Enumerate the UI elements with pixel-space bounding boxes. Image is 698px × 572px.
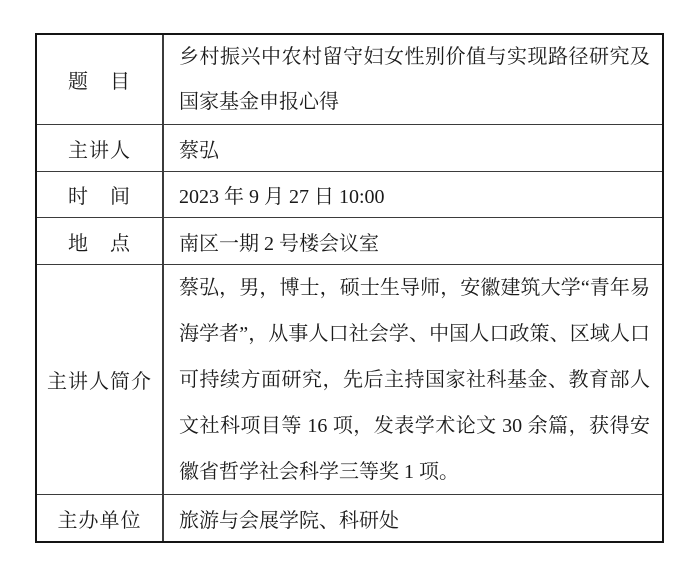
row-value-title: 乡村振兴中农村留守妇女性别价值与实现路径研究及国家基金申报心得 — [164, 35, 662, 125]
document-page: 题 目 乡村振兴中农村留守妇女性别价值与实现路径研究及国家基金申报心得 主讲人 … — [0, 0, 698, 572]
lecture-info-table: 题 目 乡村振兴中农村留守妇女性别价值与实现路径研究及国家基金申报心得 主讲人 … — [35, 33, 664, 543]
row-value-location: 南区一期 2 号楼会议室 — [164, 218, 662, 265]
row-label-speaker: 主讲人 — [37, 125, 164, 172]
row-label-title: 题 目 — [37, 35, 164, 125]
row-value-speaker: 蔡弘 — [164, 125, 662, 172]
row-value-organizer: 旅游与会展学院、科研处 — [164, 495, 662, 541]
row-value-bio: 蔡弘，男，博士，硕士生导师，安徽建筑大学“青年易海学者”，从事人口社会学、中国人… — [164, 265, 662, 495]
row-label-organizer: 主办单位 — [37, 495, 164, 541]
row-label-bio: 主讲人简介 — [37, 265, 164, 495]
row-label-location: 地 点 — [37, 218, 164, 265]
row-value-time: 2023 年 9 月 27 日 10:00 — [164, 172, 662, 218]
row-label-time: 时 间 — [37, 172, 164, 218]
